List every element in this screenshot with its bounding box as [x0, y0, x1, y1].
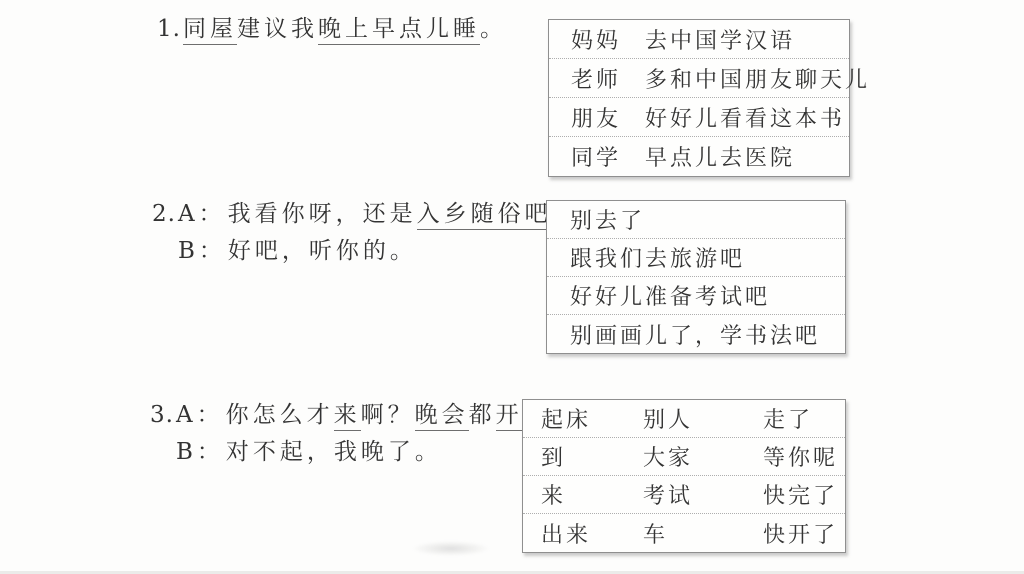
question-1-stem: 1.同屋建议我晚上早点儿睡。 — [157, 11, 507, 48]
option-cell: 到 — [541, 441, 643, 472]
option-row: 别去了 — [547, 201, 845, 239]
option-cell: 别去了 — [570, 204, 845, 235]
worksheet-page: 1.同屋建议我晚上早点儿睡。 妈妈去中国学汉语老师多和中国朋友聊天儿朋友好好儿看… — [0, 0, 1024, 574]
speaker-label: B： — [176, 439, 224, 465]
sentence-text: 啊？ — [361, 402, 415, 428]
sentence-line: B：好吧，听你的。 — [152, 233, 579, 270]
question-3-option-box: 起床别人走了到大家等你呢来考试快完了出来车快开了 — [522, 399, 846, 553]
underlined-text: 同屋 — [183, 16, 237, 45]
option-cell: 等你呢 — [763, 441, 845, 472]
option-row: 别画画儿了，学书法吧 — [547, 315, 845, 353]
sentence-text: 你怎么才 — [226, 402, 334, 428]
underlined-text: 入乡随俗吧 — [417, 201, 552, 230]
option-cell: 来 — [541, 479, 643, 510]
sentence-text: 我看你呀，还是 — [228, 201, 417, 227]
option-cell: 快开了 — [763, 518, 845, 549]
sentence-text: 都 — [469, 402, 496, 428]
option-cell: 走了 — [763, 403, 845, 434]
option-row: 好好儿准备考试吧 — [547, 277, 845, 315]
option-row: 跟我们去旅游吧 — [547, 239, 845, 277]
option-cell: 去中国学汉语 — [645, 24, 849, 55]
underlined-text: 晚会 — [415, 402, 469, 431]
underlined-text: 晚上早点儿睡 — [318, 16, 480, 45]
option-row: 同学早点儿去医院 — [549, 137, 849, 176]
option-cell: 起床 — [541, 403, 643, 434]
speaker-label: A： — [176, 402, 224, 428]
question-2-stem: 2.A：我看你呀，还是入乡随俗吧。B：好吧，听你的。 — [152, 196, 579, 270]
option-cell: 妈妈 — [571, 24, 645, 55]
option-cell: 快完了 — [763, 479, 845, 510]
sentence-text: 对不起，我晚了。 — [226, 439, 442, 465]
option-cell: 同学 — [571, 141, 645, 172]
option-row: 老师多和中国朋友聊天儿 — [549, 59, 849, 98]
scan-smudge — [412, 541, 490, 556]
option-cell: 早点儿去医院 — [645, 141, 849, 172]
sentence-text: 建议我 — [237, 16, 318, 42]
option-cell: 别人 — [643, 403, 763, 434]
question-1-option-box: 妈妈去中国学汉语老师多和中国朋友聊天儿朋友好好儿看看这本书同学早点儿去医院 — [548, 19, 850, 177]
option-cell: 老师 — [571, 63, 645, 94]
sentence-line: 1.同屋建议我晚上早点儿睡。 — [157, 11, 507, 48]
option-cell: 好好儿看看这本书 — [645, 102, 849, 133]
option-row: 妈妈去中国学汉语 — [549, 20, 849, 59]
option-cell: 车 — [643, 518, 763, 549]
option-cell: 出来 — [541, 518, 643, 549]
question-number: 1. — [157, 11, 181, 48]
sentence-line: 2.A：我看你呀，还是入乡随俗吧。 — [152, 196, 579, 233]
option-cell: 好好儿准备考试吧 — [570, 280, 845, 311]
speaker-label: B： — [178, 238, 226, 264]
option-row: 到大家等你呢 — [523, 438, 845, 476]
option-row: 出来车快开了 — [523, 514, 845, 552]
option-cell: 考试 — [643, 479, 763, 510]
option-cell: 跟我们去旅游吧 — [570, 242, 845, 273]
option-cell: 大家 — [643, 441, 763, 472]
option-row: 来考试快完了 — [523, 476, 845, 514]
question-number: 3. — [150, 397, 174, 434]
option-cell: 多和中国朋友聊天儿 — [645, 63, 870, 94]
question-2-option-box: 别去了跟我们去旅游吧好好儿准备考试吧别画画儿了，学书法吧 — [546, 200, 846, 354]
speaker-label: A： — [178, 201, 226, 227]
option-cell: 朋友 — [571, 102, 645, 133]
option-cell: 别画画儿了，学书法吧 — [570, 319, 845, 350]
option-row: 起床别人走了 — [523, 400, 845, 438]
sentence-text: 好吧，听你的。 — [228, 238, 417, 264]
underlined-text: 来 — [334, 402, 361, 431]
sentence-text: 。 — [480, 16, 507, 42]
option-row: 朋友好好儿看看这本书 — [549, 98, 849, 137]
question-number: 2. — [152, 196, 176, 233]
